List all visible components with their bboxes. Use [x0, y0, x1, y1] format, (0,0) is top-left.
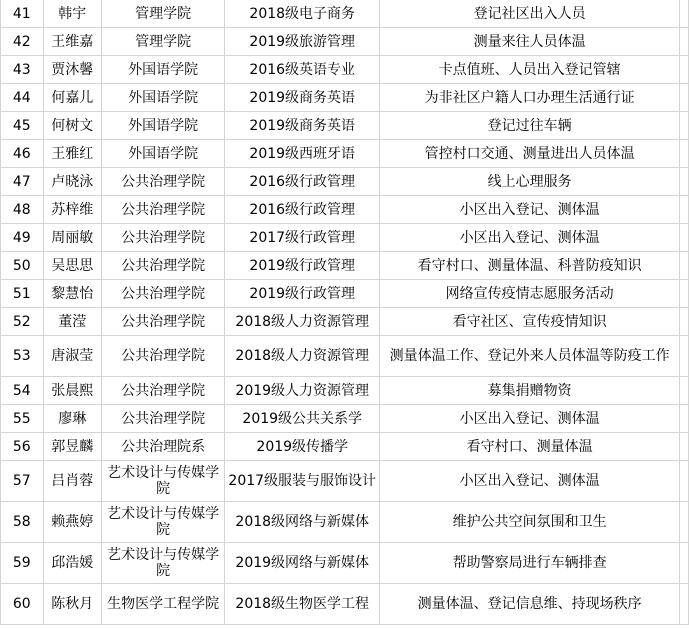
cell-major[interactable]: 2019级西班牙语 [225, 140, 380, 168]
cell-no[interactable]: 60 [1, 584, 44, 625]
cell-work[interactable]: 测量来往人员体温 [380, 28, 680, 56]
cell-no[interactable]: 58 [1, 502, 44, 543]
cell-name[interactable]: 王雅红 [43, 140, 101, 168]
cell-college[interactable]: 公共治理学院 [101, 252, 224, 280]
cell-no[interactable]: 53 [1, 336, 44, 377]
cell-college[interactable]: 外国语学院 [101, 112, 224, 140]
table-row: 60 陈秋月 生物医学工程学院 2018级生物医学工程 测量体温、登记信息维、持… [1, 584, 689, 625]
cell-empty[interactable] [680, 224, 689, 252]
cell-work[interactable]: 测量体温、登记信息维、持现场秩序 [380, 584, 680, 625]
cell-major[interactable]: 2019级商务英语 [225, 84, 380, 112]
cell-work[interactable]: 卡点值班、人员出入登记管辖 [380, 56, 680, 84]
cell-college[interactable]: 公共治理院系 [101, 433, 224, 461]
cell-work[interactable]: 线上心理服务 [380, 168, 680, 196]
cell-no[interactable]: 43 [1, 56, 44, 84]
cell-name[interactable]: 吕肖蓉 [43, 461, 101, 502]
table-row: 47 卢晓泳 公共治理学院 2016级行政管理 线上心理服务 [1, 168, 689, 196]
cell-work[interactable]: 小区出入登记、测体温 [380, 224, 680, 252]
cell-college[interactable]: 外国语学院 [101, 84, 224, 112]
table-row: 42 王维嘉 管理学院 2019级旅游管理 测量来往人员体温 [1, 28, 689, 56]
cell-major[interactable]: 2016级英语专业 [225, 56, 380, 84]
table-row: 53 唐淑莹 公共治理学院 2018级人力资源管理 测量体温工作、登记外来人员体… [1, 336, 689, 377]
cell-no[interactable]: 52 [1, 308, 44, 336]
cell-no[interactable]: 46 [1, 140, 44, 168]
cell-major[interactable]: 2016级行政管理 [225, 168, 380, 196]
cell-empty[interactable] [680, 502, 689, 543]
cell-college[interactable]: 公共治理学院 [101, 405, 224, 433]
cell-work[interactable]: 看守社区、宣传疫情知识 [380, 308, 680, 336]
cell-college[interactable]: 艺术设计与传媒学院 [101, 543, 224, 584]
cell-no[interactable]: 45 [1, 112, 44, 140]
cell-name[interactable]: 唐淑莹 [43, 336, 101, 377]
cell-no[interactable]: 50 [1, 252, 44, 280]
cell-college[interactable]: 生物医学工程学院 [101, 584, 224, 625]
table-row: 44 何嘉儿 外国语学院 2019级商务英语 为非社区户籍人口办理生活通行证 [1, 84, 689, 112]
cell-major[interactable]: 2018级电子商务 [225, 0, 380, 28]
table-row: 59 邱浩媛 艺术设计与传媒学院 2019级网络与新媒体 帮助警察局进行车辆排查 [1, 543, 689, 584]
cell-major[interactable]: 2019级公共关系学 [225, 405, 380, 433]
cell-name[interactable]: 邱浩媛 [43, 543, 101, 584]
cell-major[interactable]: 2019级行政管理 [225, 252, 380, 280]
cell-work[interactable]: 管控村口交通、测量进出人员体温 [380, 140, 680, 168]
cell-work[interactable]: 登记过往车辆 [380, 112, 680, 140]
cell-work[interactable]: 看守村口、测量体温、科普防疫知识 [380, 252, 680, 280]
cell-name[interactable]: 赖燕婷 [43, 502, 101, 543]
table-row: 56 郭昱麟 公共治理院系 2019级传播学 看守村口、测量体温 [1, 433, 689, 461]
cell-college[interactable]: 外国语学院 [101, 140, 224, 168]
table-row: 57 吕肖蓉 艺术设计与传媒学院 2017级服装与服饰设计 小区出入登记、测体温 [1, 461, 689, 502]
cell-work[interactable]: 小区出入登记、测体温 [380, 405, 680, 433]
cell-name[interactable]: 陈秋月 [43, 584, 101, 625]
cell-major[interactable]: 2018级人力资源管理 [225, 308, 380, 336]
cell-empty[interactable] [680, 405, 689, 433]
cell-name[interactable]: 何树文 [43, 112, 101, 140]
cell-no[interactable]: 49 [1, 224, 44, 252]
cell-work[interactable]: 网络宣传疫情志愿服务活动 [380, 280, 680, 308]
cell-no[interactable]: 57 [1, 461, 44, 502]
cell-empty[interactable] [680, 84, 689, 112]
cell-work[interactable]: 为非社区户籍人口办理生活通行证 [380, 84, 680, 112]
cell-college[interactable]: 公共治理学院 [101, 280, 224, 308]
cell-major[interactable]: 2019级旅游管理 [225, 28, 380, 56]
cell-name[interactable]: 卢晓泳 [43, 168, 101, 196]
cell-work[interactable]: 看守村口、测量体温 [380, 433, 680, 461]
cell-college[interactable]: 艺术设计与传媒学院 [101, 502, 224, 543]
cell-no[interactable]: 41 [1, 0, 44, 28]
cell-name[interactable]: 周丽敏 [43, 224, 101, 252]
table-row: 52 董滢 公共治理学院 2018级人力资源管理 看守社区、宣传疫情知识 [1, 308, 689, 336]
cell-major[interactable]: 2017级行政管理 [225, 224, 380, 252]
cell-empty[interactable] [680, 0, 689, 28]
cell-college[interactable]: 公共治理学院 [101, 168, 224, 196]
table-row: 41 韩宇 管理学院 2018级电子商务 登记社区出入人员 [1, 0, 689, 28]
cell-no[interactable]: 47 [1, 168, 44, 196]
volunteer-table: 41 韩宇 管理学院 2018级电子商务 登记社区出入人员 42 王维嘉 管理学… [0, 0, 689, 625]
cell-name[interactable]: 贾沐馨 [43, 56, 101, 84]
cell-college[interactable]: 管理学院 [101, 28, 224, 56]
cell-name[interactable]: 何嘉儿 [43, 84, 101, 112]
cell-name[interactable]: 韩宇 [43, 0, 101, 28]
cell-empty[interactable] [680, 308, 689, 336]
cell-no[interactable]: 54 [1, 377, 44, 405]
cell-major[interactable]: 2016级行政管理 [225, 196, 380, 224]
cell-name[interactable]: 廖琳 [43, 405, 101, 433]
cell-empty[interactable] [680, 433, 689, 461]
cell-no[interactable]: 59 [1, 543, 44, 584]
cell-no[interactable]: 48 [1, 196, 44, 224]
cell-major[interactable]: 2018级人力资源管理 [225, 336, 380, 377]
cell-work[interactable]: 小区出入登记、测体温 [380, 461, 680, 502]
cell-work[interactable]: 登记社区出入人员 [380, 0, 680, 28]
cell-college[interactable]: 公共治理学院 [101, 224, 224, 252]
cell-major[interactable]: 2017级服装与服饰设计 [225, 461, 380, 502]
cell-major[interactable]: 2019级行政管理 [225, 280, 380, 308]
cell-empty[interactable] [680, 56, 689, 84]
table-row: 43 贾沐馨 外国语学院 2016级英语专业 卡点值班、人员出入登记管辖 [1, 56, 689, 84]
cell-empty[interactable] [680, 336, 689, 377]
cell-major[interactable]: 2019级传播学 [225, 433, 380, 461]
cell-college[interactable]: 公共治理学院 [101, 377, 224, 405]
cell-name[interactable]: 王维嘉 [43, 28, 101, 56]
cell-name[interactable]: 郭昱麟 [43, 433, 101, 461]
cell-empty[interactable] [680, 168, 689, 196]
cell-work[interactable]: 募集捐赠物资 [380, 377, 680, 405]
cell-empty[interactable] [680, 112, 689, 140]
cell-empty[interactable] [680, 140, 689, 168]
cell-major[interactable]: 2019级商务英语 [225, 112, 380, 140]
cell-name[interactable]: 董滢 [43, 308, 101, 336]
cell-name[interactable]: 黎慧怡 [43, 280, 101, 308]
cell-name[interactable]: 吴思思 [43, 252, 101, 280]
cell-work[interactable]: 小区出入登记、测体温 [380, 196, 680, 224]
cell-college[interactable]: 公共治理学院 [101, 196, 224, 224]
cell-empty[interactable] [680, 543, 689, 584]
cell-college[interactable]: 公共治理学院 [101, 308, 224, 336]
cell-name[interactable]: 苏梓维 [43, 196, 101, 224]
table-row: 50 吴思思 公共治理学院 2019级行政管理 看守村口、测量体温、科普防疫知识 [1, 252, 689, 280]
cell-no[interactable]: 42 [1, 28, 44, 56]
cell-major[interactable]: 2019级人力资源管理 [225, 377, 380, 405]
cell-name[interactable]: 张晨熙 [43, 377, 101, 405]
cell-major[interactable]: 2018级网络与新媒体 [225, 502, 380, 543]
table-row: 48 苏梓维 公共治理学院 2016级行政管理 小区出入登记、测体温 [1, 196, 689, 224]
cell-work[interactable]: 帮助警察局进行车辆排查 [380, 543, 680, 584]
cell-empty[interactable] [680, 377, 689, 405]
cell-empty[interactable] [680, 252, 689, 280]
table-row: 51 黎慧怡 公共治理学院 2019级行政管理 网络宣传疫情志愿服务活动 [1, 280, 689, 308]
cell-empty[interactable] [680, 280, 689, 308]
cell-work[interactable]: 维护公共空间氛围和卫生 [380, 502, 680, 543]
table-row: 45 何树文 外国语学院 2019级商务英语 登记过往车辆 [1, 112, 689, 140]
cell-no[interactable]: 44 [1, 84, 44, 112]
cell-no[interactable]: 51 [1, 280, 44, 308]
table-row: 46 王雅红 外国语学院 2019级西班牙语 管控村口交通、测量进出人员体温 [1, 140, 689, 168]
cell-empty[interactable] [680, 461, 689, 502]
cell-empty[interactable] [680, 584, 689, 625]
cell-no[interactable]: 55 [1, 405, 44, 433]
table-row: 58 赖燕婷 艺术设计与传媒学院 2018级网络与新媒体 维护公共空间氛围和卫生 [1, 502, 689, 543]
cell-college[interactable]: 外国语学院 [101, 56, 224, 84]
cell-empty[interactable] [680, 196, 689, 224]
cell-no[interactable]: 56 [1, 433, 44, 461]
cell-college[interactable]: 管理学院 [101, 0, 224, 28]
cell-major[interactable]: 2019级网络与新媒体 [225, 543, 380, 584]
cell-work[interactable]: 测量体温工作、登记外来人员体温等防疫工作 [380, 336, 680, 377]
table-row: 55 廖琳 公共治理学院 2019级公共关系学 小区出入登记、测体温 [1, 405, 689, 433]
cell-college[interactable]: 公共治理学院 [101, 336, 224, 377]
cell-college[interactable]: 艺术设计与传媒学院 [101, 461, 224, 502]
cell-empty[interactable] [680, 28, 689, 56]
table-row: 49 周丽敏 公共治理学院 2017级行政管理 小区出入登记、测体温 [1, 224, 689, 252]
table-row: 54 张晨熙 公共治理学院 2019级人力资源管理 募集捐赠物资 [1, 377, 689, 405]
cell-major[interactable]: 2018级生物医学工程 [225, 584, 380, 625]
